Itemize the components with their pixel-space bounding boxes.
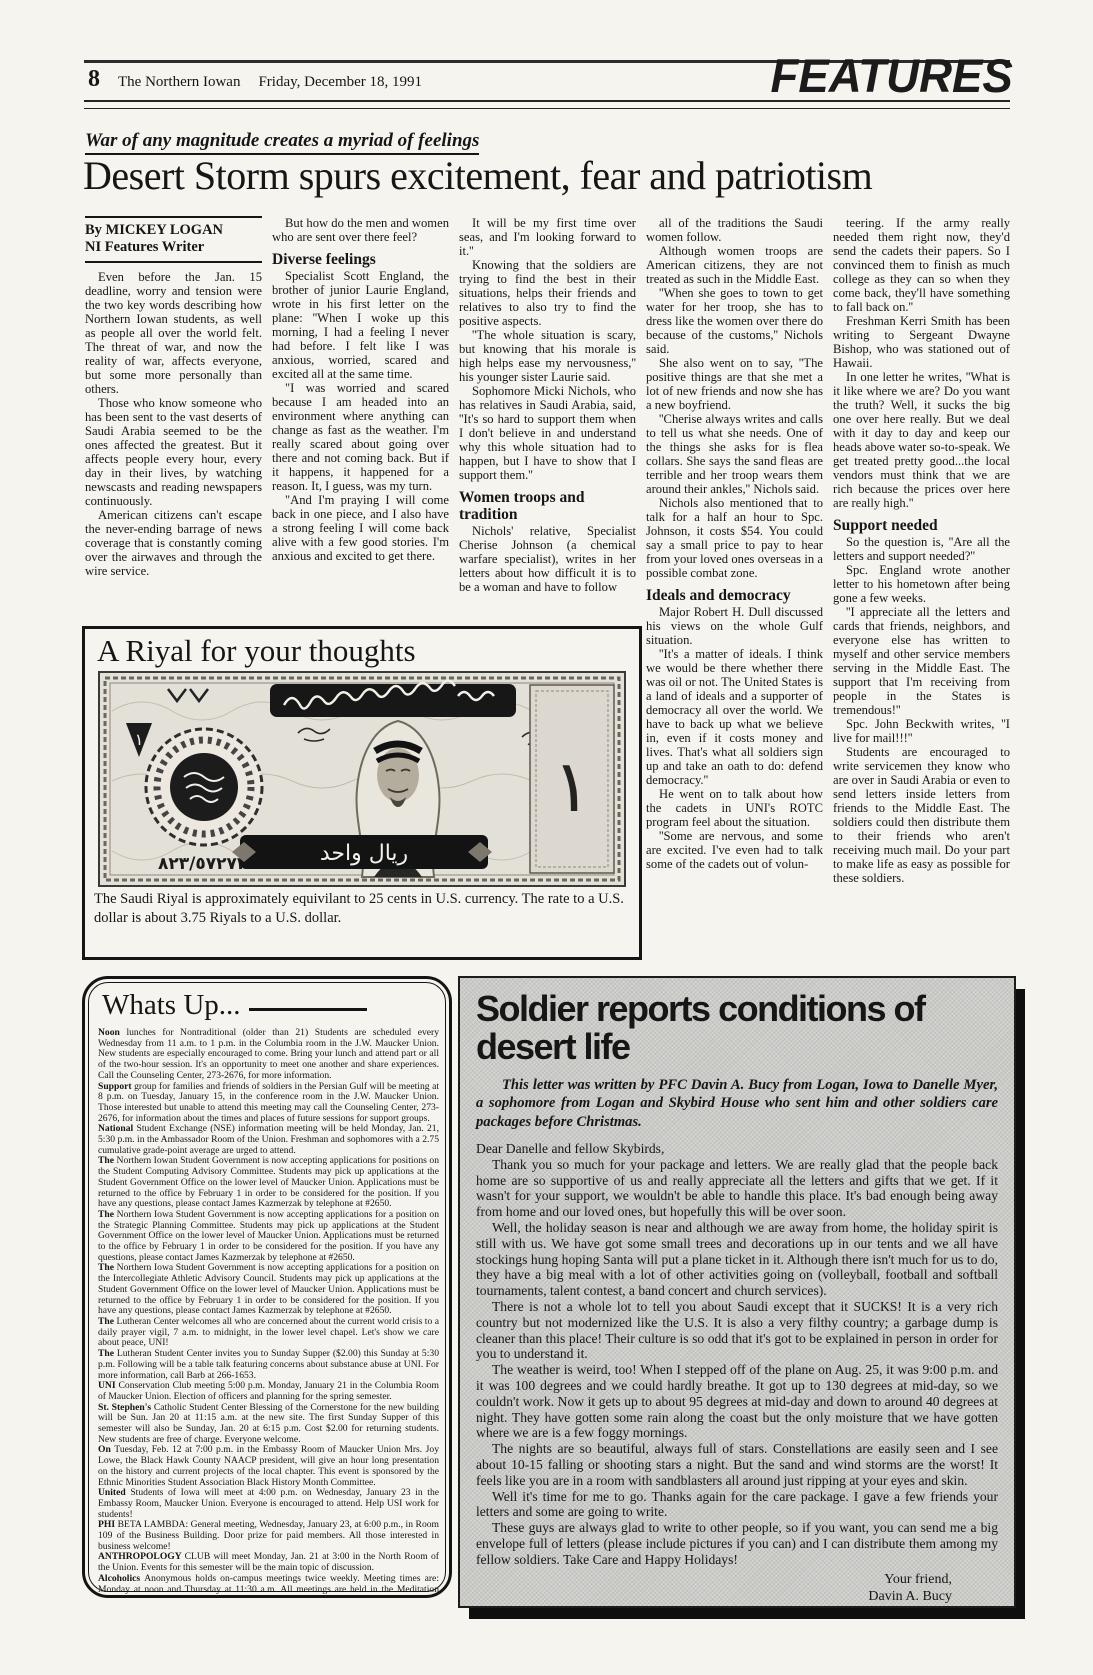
event-item: Noon lunches for Nontraditional (older t… [98, 1028, 439, 1082]
article-paragraph: all of the traditions the Saudi women fo… [646, 216, 823, 244]
event-item: On Tuesday, Feb. 12 at 7:00 p.m. in the … [98, 1445, 439, 1488]
event-lead: PHI [98, 1519, 118, 1530]
event-lead: Noon [98, 1027, 126, 1038]
event-item: Support group for families and friends o… [98, 1082, 439, 1125]
article-paragraph: teering. If the army really needed them … [833, 216, 1010, 314]
page-number: 8 [88, 66, 100, 93]
article-paragraph: "And I'm praying I will come back in one… [272, 493, 449, 563]
article-paragraph: In one letter he writes, ''What is it li… [833, 370, 1010, 510]
article-paragraph: ''I appreciate all the letters and cards… [833, 605, 1010, 717]
banknote-denomination-text: ريال واحد [320, 841, 408, 866]
event-item: The Lutheran Student Center invites you … [98, 1349, 439, 1381]
event-lead: The [98, 1209, 117, 1220]
event-lead: National [98, 1123, 137, 1134]
event-lead: UNI [98, 1380, 119, 1391]
article-column-2: But how do the men and women who are sen… [272, 216, 449, 620]
article-column-1: By MICKEY LOGAN NI Features Writer Even … [85, 216, 262, 620]
event-lead: St. Stephen's [98, 1402, 154, 1413]
article-paragraph: She also went on to say, ''The positive … [646, 356, 823, 412]
newspaper-page: 8 The Northern Iowan Friday, December 18… [0, 0, 1093, 1675]
letter-paragraph: Well it's time for me to go. Thanks agai… [476, 1489, 998, 1521]
event-lead: Support [98, 1081, 134, 1092]
event-lead: The [98, 1155, 117, 1166]
letter-paragraph: There is not a whole lot to tell you abo… [476, 1299, 998, 1362]
article-paragraph: Freshman Kerri Smith has been writing to… [833, 314, 1010, 370]
riyal-heading: A Riyal for your thoughts [97, 633, 639, 669]
event-item: The Northern Iowan Student Government is… [98, 1156, 439, 1210]
event-item: Alcoholics Anonymous holds on-campus mee… [98, 1574, 439, 1598]
article-paragraph: It will be my first time over seas, and … [459, 216, 636, 258]
article-paragraph: Even before the Jan. 15 deadline, worry … [85, 270, 262, 396]
article-paragraph: Knowing that the soldiers are trying to … [459, 258, 636, 328]
event-item: The Northern Iowa Student Government is … [98, 1210, 439, 1264]
article-paragraph: But how do the men and women who are sen… [272, 216, 449, 244]
letter-introduction: This letter was written by PFC Davin A. … [476, 1076, 998, 1132]
riyal-photo-box: A Riyal for your thoughts [82, 626, 642, 960]
letter-paragraph: The nights are so beautiful, always full… [476, 1441, 998, 1488]
event-item: The Northern Iowa Student Government is … [98, 1263, 439, 1317]
article-paragraph: Spc. John Beckwith writes, ''I live for … [833, 717, 1010, 745]
event-lead: On [98, 1444, 114, 1455]
whats-up-box: Whats Up... Noon lunches for Nontraditio… [82, 976, 452, 1598]
byline-title: NI Features Writer [85, 239, 262, 256]
section-banner: FEATURES [771, 48, 1013, 103]
article-paragraph: Nichols also mentioned that to talk for … [646, 496, 823, 580]
event-lead: Alcoholics [98, 1573, 144, 1584]
paper-name: The Northern Iowan [118, 74, 240, 91]
article-paragraph: So the question is, ''Are all the letter… [833, 535, 1010, 563]
article-paragraph: ''It's a matter of ideals. I think we wo… [646, 647, 823, 787]
article-headline: Desert Storm spurs excitement, fear and … [83, 154, 1013, 198]
byline-box: By MICKEY LOGAN NI Features Writer [85, 216, 262, 263]
article-paragraph: "I was worried and scared because I am h… [272, 381, 449, 493]
article-paragraph: ''Cherise always writes and calls to tel… [646, 412, 823, 496]
letter-paragraph: The weather is weird, too! When I steppe… [476, 1362, 998, 1441]
article-paragraph: Students are encouraged to write service… [833, 745, 1010, 885]
event-lead: The [98, 1348, 117, 1359]
banknote-numeral-left: ١ [135, 730, 144, 749]
event-lead: The [98, 1316, 116, 1327]
article-paragraph: Although women troops are American citiz… [646, 244, 823, 286]
article-column-4: all of the traditions the Saudi women fo… [646, 216, 823, 958]
event-item: UNI Conservation Club meeting 5:00 p.m. … [98, 1381, 439, 1402]
whats-up-rule [249, 1008, 367, 1011]
event-lead: ANTHROPOLOGY [98, 1551, 185, 1562]
event-item: St. Stephen's Catholic Student Center Bl… [98, 1403, 439, 1446]
event-item: National Student Exchange (NSE) informat… [98, 1124, 439, 1156]
column-text: Even before the Jan. 15 deadline, worry … [85, 270, 262, 578]
article-paragraph: American citizens can't escape the never… [85, 508, 262, 578]
masthead: 8 The Northern Iowan Friday, December 18… [88, 66, 422, 93]
whats-up-header: Whats Up... [102, 989, 439, 1022]
article-paragraph: ''The whole situation is scary, but know… [459, 328, 636, 384]
banknote-numeral-right: ١ [553, 744, 592, 828]
letter-paragraph: Well, the holiday season is near and alt… [476, 1220, 998, 1299]
article-column-5: teering. If the army really needed them … [833, 216, 1010, 958]
whats-up-title: Whats Up... [102, 989, 241, 1022]
event-item: ANTHROPOLOGY CLUB will meet Monday, Jan.… [98, 1552, 439, 1573]
byline-author: By MICKEY LOGAN [85, 222, 262, 239]
article-subhead: Ideals and democracy [646, 587, 823, 604]
letter-paragraph: These guys are always glad to write to o… [476, 1520, 998, 1567]
article-paragraph: Major Robert H. Dull discussed his views… [646, 605, 823, 647]
article-paragraph: Sophomore Micki Nichols, who has relativ… [459, 384, 636, 482]
signoff-name: Davin A. Bucy [476, 1588, 952, 1606]
article-subhead: Support needed [833, 517, 1010, 534]
article-paragraph: Spc. England wrote another letter to his… [833, 563, 1010, 605]
saudi-riyal-banknote-image: ١ [98, 671, 626, 887]
article-paragraph: Nichols' relative, Specialist Cherise Jo… [459, 524, 636, 594]
letter-paragraph: Dear Danelle and fellow Skybirds, [476, 1141, 998, 1157]
article-paragraph: Specialist Scott England, the brother of… [272, 269, 449, 381]
soldier-letter-headline: Soldier reports conditions of desert lif… [476, 990, 998, 1066]
whats-up-list: Noon lunches for Nontraditional (older t… [98, 1028, 439, 1598]
article-subhead: Women troops and tradition [459, 489, 636, 523]
event-lead: United [98, 1487, 130, 1498]
article-paragraph: Those who know someone who has been sent… [85, 396, 262, 508]
soldier-letter-box: Soldier reports conditions of desert lif… [458, 976, 1016, 1608]
event-item: United Students of Iowa will meet at 4:0… [98, 1488, 439, 1520]
letter-body: Dear Danelle and fellow Skybirds,Thank y… [476, 1141, 998, 1568]
signoff-closing: Your friend, [476, 1571, 952, 1589]
event-lead: The [98, 1262, 117, 1273]
event-item: The Lutheran Center welcomes all who are… [98, 1317, 439, 1349]
letter-signoff: Your friend, Davin A. Bucy [476, 1571, 998, 1606]
article-paragraph: ''Some are nervous, and some are excited… [646, 829, 823, 871]
article-subhead: Diverse feelings [272, 251, 449, 268]
photo-caption: The Saudi Riyal is approximately equivil… [94, 890, 630, 927]
article-kicker: War of any magnitude creates a myriad of… [85, 130, 479, 155]
event-item: PHI BETA LAMBDA: General meeting, Wednes… [98, 1520, 439, 1552]
publication-date: Friday, December 18, 1991 [258, 74, 422, 91]
letter-paragraph: Thank you so much for your package and l… [476, 1157, 998, 1220]
article-paragraph: ''When she goes to town to get water for… [646, 286, 823, 356]
article-paragraph: He went on to talk about how the cadets … [646, 787, 823, 829]
